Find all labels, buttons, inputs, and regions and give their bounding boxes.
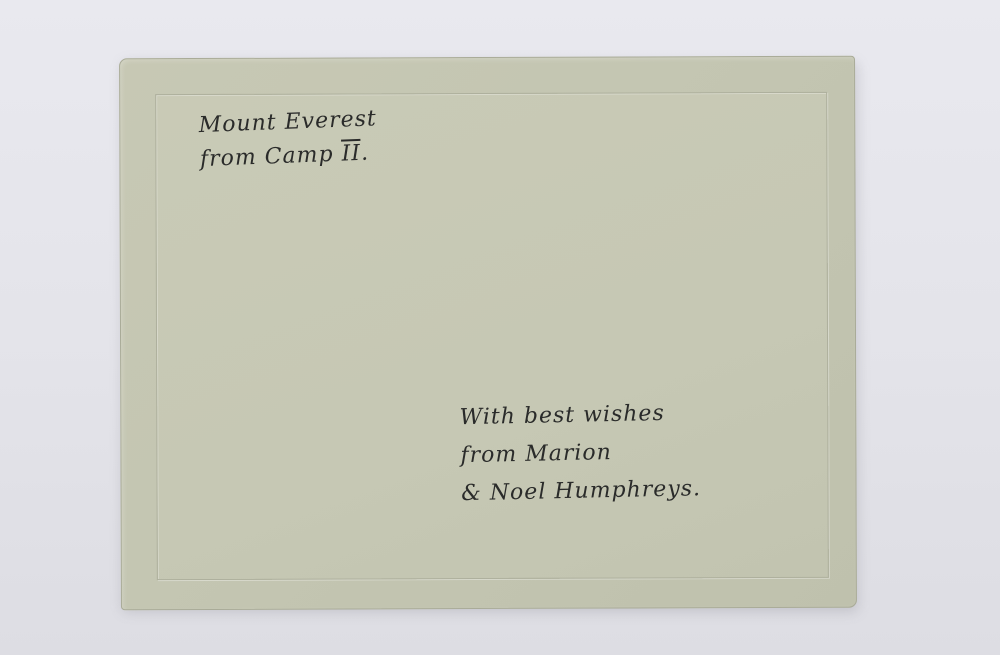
inscription-line-2: from Marion bbox=[460, 432, 701, 475]
inscription-line-3: & Noel Humphreys. bbox=[461, 470, 702, 513]
caption-camp-number: II bbox=[341, 141, 361, 167]
handwritten-inscription: With best wishes from Marion & Noel Hump… bbox=[459, 394, 701, 513]
greeting-card: Mount Everest from Camp II. With best wi… bbox=[119, 56, 857, 611]
inscription-line-1: With best wishes bbox=[459, 394, 700, 437]
handwritten-caption: Mount Everest from Camp II. bbox=[198, 102, 379, 177]
caption-line-2: from Camp II. bbox=[199, 136, 378, 177]
caption-from-camp: from Camp bbox=[200, 142, 335, 172]
caption-period: . bbox=[360, 141, 369, 166]
